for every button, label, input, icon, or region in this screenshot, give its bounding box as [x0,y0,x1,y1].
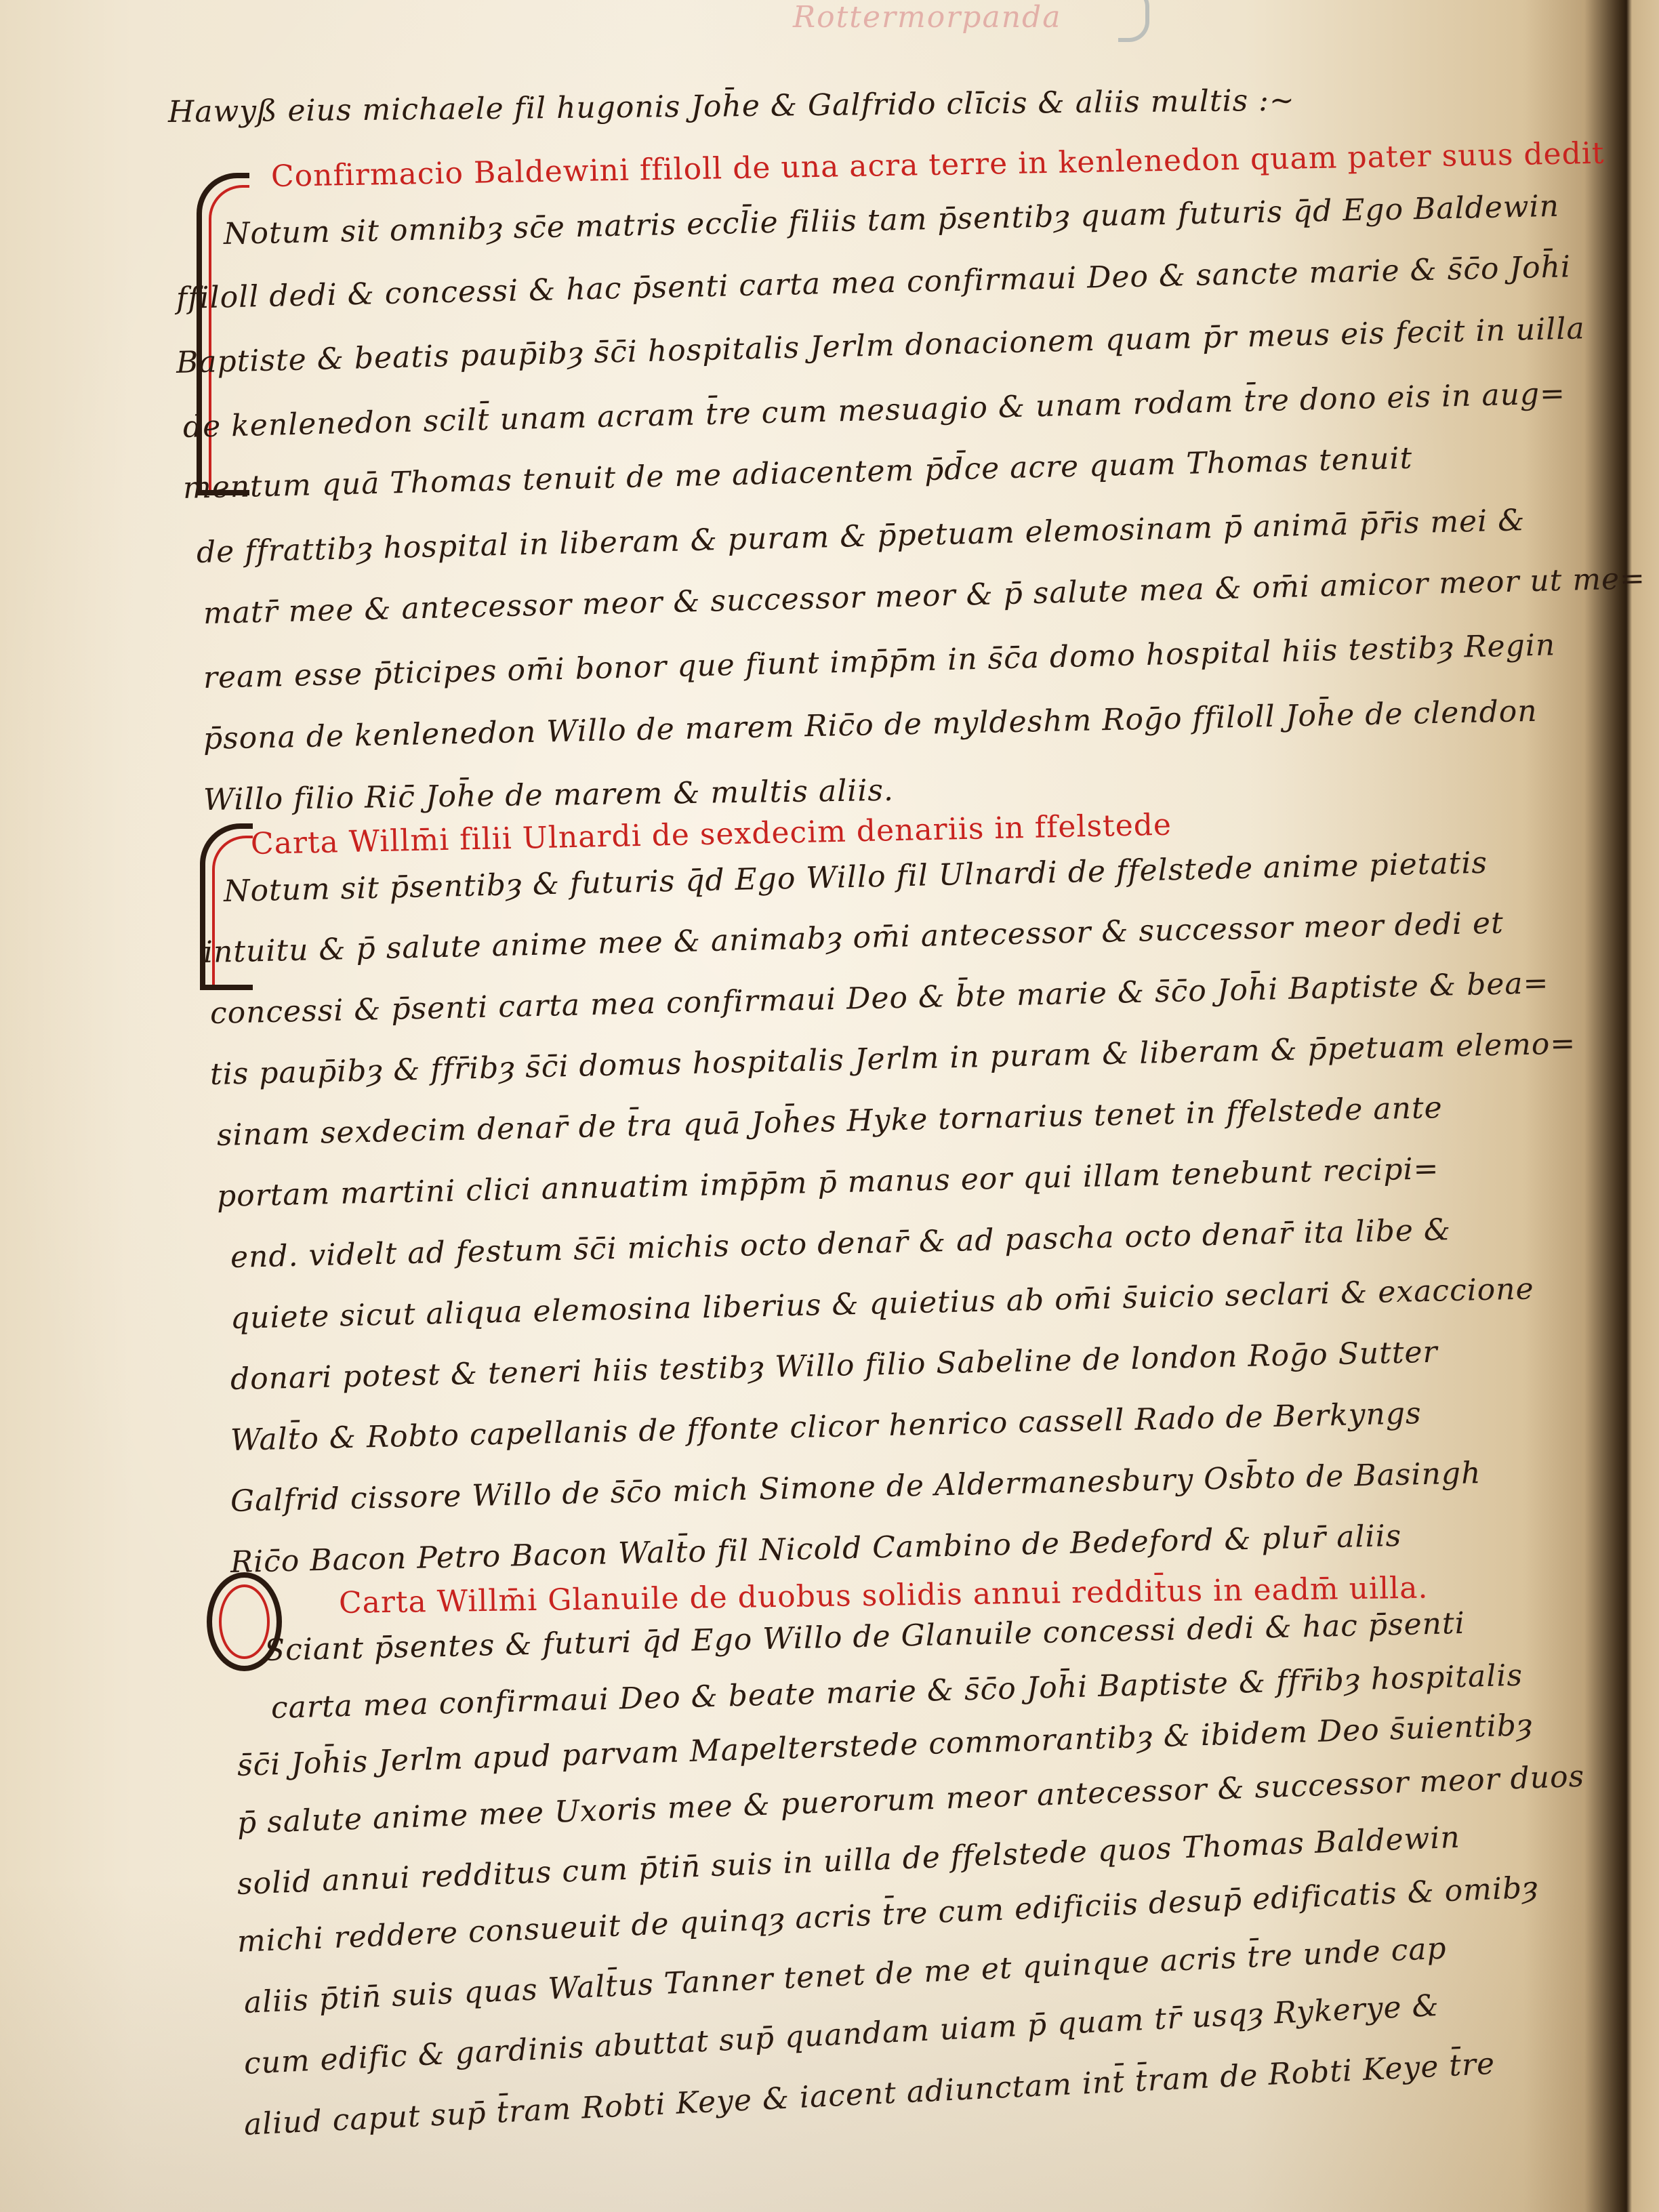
running-head: Rottermorpanda [793,0,1061,35]
